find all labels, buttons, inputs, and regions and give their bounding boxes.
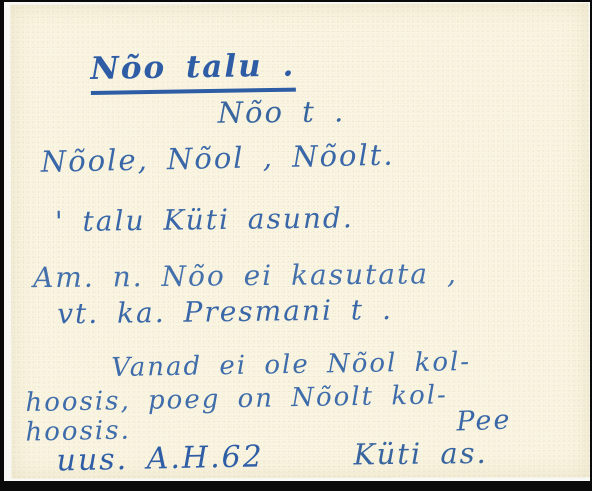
settlement-note: Küti as. [353, 439, 488, 470]
remark-line-1: Vanad ei ole Nõol kol- [111, 349, 471, 381]
usage-note-line: Am. n. Nõo ei kasutata , [33, 260, 458, 292]
see-also-line: vt. ka. Presmani t . [57, 296, 393, 328]
scanned-card-frame: Nõo talu . Nõo t . Nõole, Nõol , Nõolt. … [0, 0, 592, 491]
location-line: ' talu Küti asund. [55, 204, 354, 236]
headword-nõo-talu: Nõo talu . [90, 51, 295, 95]
remark-line-2: hoosis, poeg on Nõolt kol- [25, 382, 448, 416]
case-forms-line: Nõole, Nõol , Nõolt. [41, 141, 395, 177]
margin-note: Pee [456, 406, 512, 435]
source-note: uus. A.H.62 [56, 442, 264, 476]
index-card: Nõo talu . Nõo t . Nõole, Nõol , Nõolt. … [10, 3, 589, 479]
name-variant-line: Nõo t . [218, 97, 346, 127]
